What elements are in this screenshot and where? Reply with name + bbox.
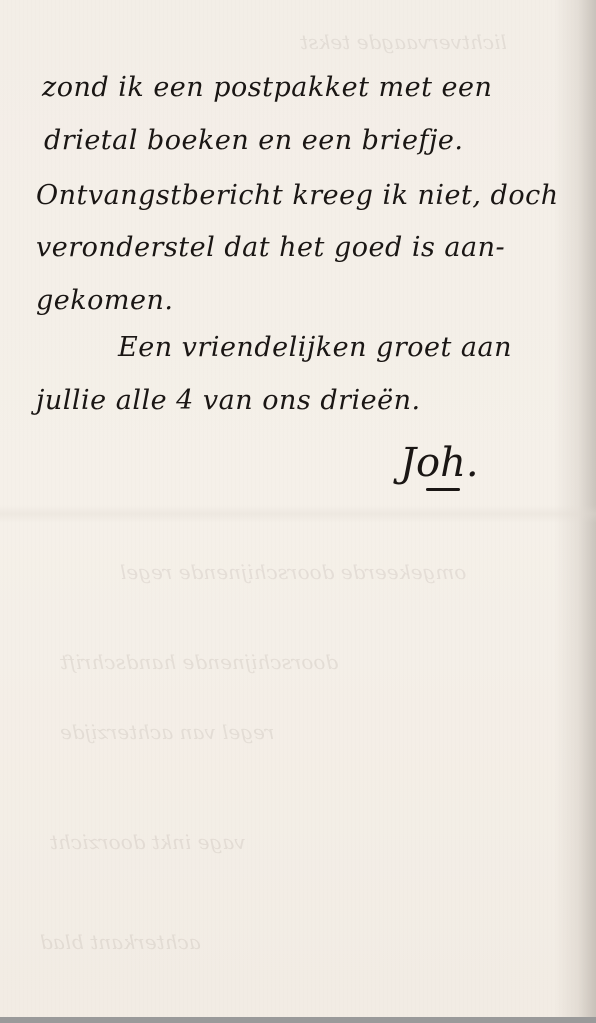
bleed-through-text: lichtvervaagde tekst xyxy=(300,30,507,54)
scan-bottom-edge xyxy=(0,1017,596,1023)
signature-underline xyxy=(426,488,460,491)
letter-line: veronderstel dat het goed is aan- xyxy=(36,232,596,263)
bleed-through-text: regel van achterzijde xyxy=(60,720,274,744)
letter-line: Een vriendelijken groet aan xyxy=(118,332,596,363)
letter-page: lichtvervaagde tekst omgekeerde doorschi… xyxy=(0,0,596,1023)
letter-line: gekomen. xyxy=(36,285,596,316)
letter-line: jullie alle 4 van ons drieën. xyxy=(36,385,596,416)
bleed-through-text: doorschijnende handschrift xyxy=(60,650,338,674)
letter-line: Ontvangstbericht kreeg ik niet, doch xyxy=(36,180,596,211)
letter-line: zond ik een postpakket met een xyxy=(42,72,596,103)
bleed-through-text: vage inkt doorzicht xyxy=(50,830,246,854)
bleed-through-text: omgekeerde doorschijnende regel xyxy=(120,560,466,584)
bleed-through-text: achterkant blad xyxy=(40,930,201,954)
signature: Joh. xyxy=(400,440,479,486)
paper-fold xyxy=(0,505,596,523)
letter-line: drietal boeken en een briefje. xyxy=(44,125,596,156)
